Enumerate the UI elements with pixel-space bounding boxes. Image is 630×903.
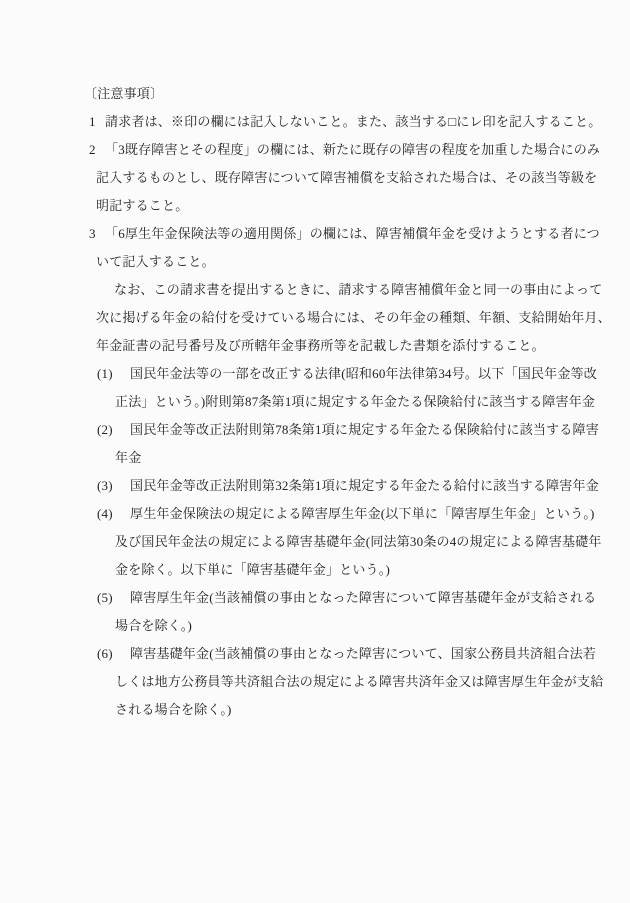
line-marker: 2 [89, 136, 96, 164]
line-text: 厚生年金保険法の規定による障害厚生年金(以下単に「障害厚生年金」という。) [130, 500, 595, 528]
line-text: 国民年金等改正法附則第78条第1項に規定する年金たる保険給付に該当する障害 [130, 416, 599, 444]
text-line: 2「3既存障害とその程度」の欄には、新たに既存の障害の程度を加重した場合にのみ [0, 136, 630, 164]
line-marker: (2) [97, 416, 113, 444]
text-line: される場合を除く。) [0, 696, 630, 724]
text-line: 次に掲げる年金の給付を受けている場合には、その年金の種類、年額、支給開始年月、 [0, 304, 630, 332]
line-text: 次に掲げる年金の給付を受けている場合には、その年金の種類、年額、支給開始年月、 [96, 304, 611, 332]
line-text: 及び国民年金法の規定による障害基礎年金(同法第30条の4の規定による障害基礎年 [115, 528, 602, 556]
line-text: 明記すること。 [96, 192, 188, 220]
text-line: 年金証書の記号番号及び所轄年金事務所等を記載した書類を添付すること。 [0, 332, 630, 360]
line-text: 請求者は、※印の欄には記入しないこと。また、該当する□にレ印を記入すること。 [105, 108, 601, 136]
line-marker: (4) [97, 500, 113, 528]
text-line: (1)国民年金法等の一部を改正する法律(昭和60年法律第34号。以下「国民年金等… [0, 360, 630, 388]
line-text: 国民年金等改正法附則第32条第1項に規定する年金たる給付に該当する障害年金 [130, 472, 599, 500]
line-marker: (1) [97, 360, 113, 388]
text-line: 場合を除く。) [0, 612, 630, 640]
notes-heading: 〔注意事項〕 [0, 80, 630, 108]
text-line: 及び国民年金法の規定による障害基礎年金(同法第30条の4の規定による障害基礎年 [0, 528, 630, 556]
line-text: 年金 [115, 444, 141, 472]
text-line: 3「6厚生年金保険法等の適用関係」の欄には、障害補償年金を受けようとする者につ [0, 220, 630, 248]
line-text: 正法」という。)附則第87条第1項に規定する年金たる保険給付に該当する障害年金 [115, 388, 595, 416]
document-page: 〔注意事項〕1請求者は、※印の欄には記入しないこと。また、該当する□にレ印を記入… [0, 0, 630, 903]
text-line: 金を除く。以下単に「障害基礎年金」という。) [0, 556, 630, 584]
line-text: 年金証書の記号番号及び所轄年金事務所等を記載した書類を添付すること。 [96, 332, 545, 360]
line-text: 〔注意事項〕 [84, 80, 163, 108]
text-line: 記入するものとし、既存障害について障害補償を支給された場合は、その該当等級を [0, 164, 630, 192]
line-text: 「6厚生年金保険法等の適用関係」の欄には、障害補償年金を受けようとする者につ [105, 220, 600, 248]
line-marker: 3 [89, 220, 96, 248]
line-marker: (5) [97, 584, 113, 612]
line-text: 国民年金法等の一部を改正する法律(昭和60年法律第34号。以下「国民年金等改 [130, 360, 597, 388]
text-line: いて記入すること。 [0, 248, 630, 276]
line-text: 金を除く。以下単に「障害基礎年金」という。) [115, 556, 390, 584]
document-lines: 〔注意事項〕1請求者は、※印の欄には記入しないこと。また、該当する□にレ印を記入… [0, 80, 630, 724]
line-text: される場合を除く。) [115, 696, 232, 724]
line-text: いて記入すること。 [96, 248, 215, 276]
line-text: 障害厚生年金(当該補償の事由となった障害について障害基礎年金が支給される [130, 584, 596, 612]
line-text: 記入するものとし、既存障害について障害補償を支給された場合は、その該当等級を [96, 164, 597, 192]
line-marker: (6) [97, 640, 113, 668]
text-line: (3)国民年金等改正法附則第32条第1項に規定する年金たる給付に該当する障害年金 [0, 472, 630, 500]
line-text: なお、この請求書を提出するときに、請求する障害補償年金と同一の事由によって [114, 276, 602, 304]
text-line: (2)国民年金等改正法附則第78条第1項に規定する年金たる保険給付に該当する障害 [0, 416, 630, 444]
line-marker: (3) [97, 472, 113, 500]
text-line: (6)障害基礎年金(当該補償の事由となった障害について、国家公務員共済組合法若 [0, 640, 630, 668]
line-text: しくは地方公務員等共済組合法の規定による障害共済年金又は障害厚生年金が支給 [115, 668, 603, 696]
line-text: 場合を除く。) [115, 612, 192, 640]
text-line: (5)障害厚生年金(当該補償の事由となった障害について障害基礎年金が支給される [0, 584, 630, 612]
text-line: 年金 [0, 444, 630, 472]
text-line: しくは地方公務員等共済組合法の規定による障害共済年金又は障害厚生年金が支給 [0, 668, 630, 696]
line-text: 障害基礎年金(当該補償の事由となった障害について、国家公務員共済組合法若 [130, 640, 596, 668]
text-line: 正法」という。)附則第87条第1項に規定する年金たる保険給付に該当する障害年金 [0, 388, 630, 416]
text-line: 1請求者は、※印の欄には記入しないこと。また、該当する□にレ印を記入すること。 [0, 108, 630, 136]
text-line: 明記すること。 [0, 192, 630, 220]
text-line: (4)厚生年金保険法の規定による障害厚生年金(以下単に「障害厚生年金」という。) [0, 500, 630, 528]
text-line: なお、この請求書を提出するときに、請求する障害補償年金と同一の事由によって [0, 276, 630, 304]
line-marker: 1 [89, 108, 96, 136]
line-text: 「3既存障害とその程度」の欄には、新たに既存の障害の程度を加重した場合にのみ [105, 136, 600, 164]
